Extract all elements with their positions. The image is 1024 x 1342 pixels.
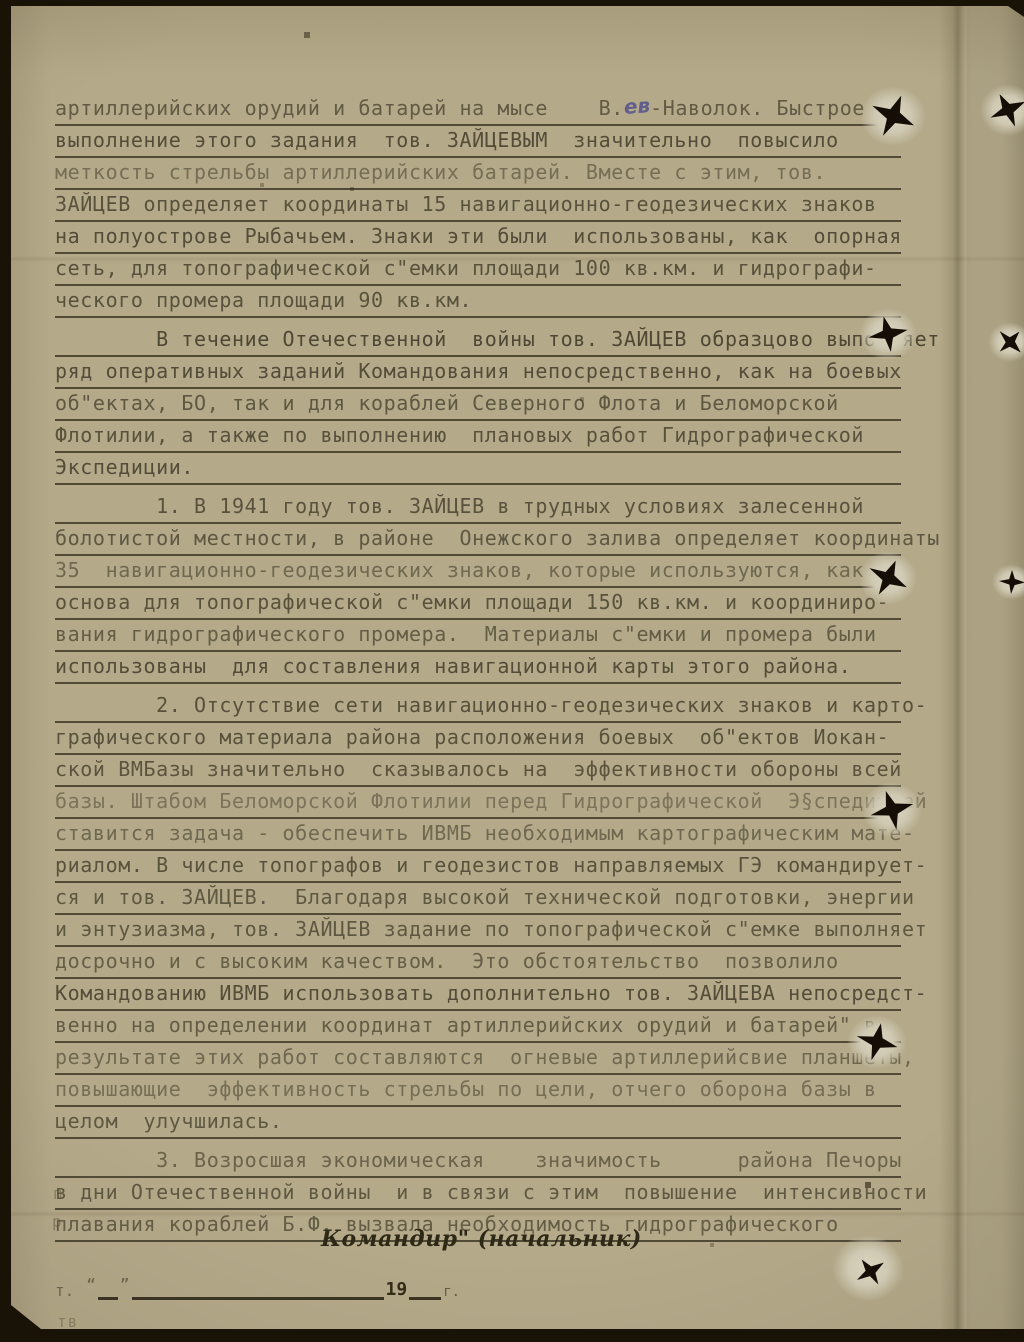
signature-title: Командир" (начальник) [321,1226,642,1252]
document-line: Экспедиции. [55,453,901,485]
document-line: использованы для составления навигационн… [55,652,901,684]
document-line: и энтузиазма, тов. ЗАЙЦЕВ задание по топ… [55,915,901,947]
document-line: ставится задача - обеспечить ИВМБ необхо… [55,819,901,851]
document-line: артиллерийских орудий и батарей на мысе … [55,94,901,126]
document-line: базы. Штабом Беломорской Флотилии перед … [55,787,901,819]
margin-mark: тв [57,1312,78,1331]
year-prefix: 19 [386,1279,408,1300]
date-form-prefix: т. [55,1281,74,1300]
paper-specks [11,6,13,8]
document-line: 1. В 1941 году тов. ЗАЙЦЕВ в трудных усл… [55,492,901,524]
document-line: в дни Отечественной войны и в связи с эт… [55,1178,901,1210]
document-line: ЗАЙЦЕВ определяет координаты 15 навигаци… [55,190,901,222]
document-line: 2. Отсутствие сети навигационно-геодезич… [55,691,901,723]
document-line: досрочно и с высоким качеством. Это обст… [55,947,901,979]
document-line: результате этих работ составляются огнев… [55,1043,901,1075]
document-line: ряд оперативных заданий Командования неп… [55,357,901,389]
document-line: выполнение этого задания тов. ЗАЙЦЕВЫМ з… [55,126,901,158]
document-line: ческого промера площади 90 кв.км. [55,286,901,318]
open-quote: “ [86,1275,96,1294]
document-line: целом улучшилась. [55,1107,901,1139]
document-line: повышающие эффективность стрельбы по цел… [55,1075,901,1107]
document-line: ской ВМБазы значительно сказывалось на э… [55,755,901,787]
close-quote: ” [120,1275,130,1294]
document-line: болотистой местности, в районе Онежского… [55,524,901,556]
document-line: ся и тов. ЗАЙЦЕВ. Благодаря высокой техн… [55,883,901,915]
date-form-line: т. “ ” 19 г. [55,1274,460,1300]
document-line: В течение Отечественной войны тов. ЗАЙЦЕ… [55,325,901,357]
blank-line-year [409,1297,441,1300]
document-line: 35 навигационно-геодезических знаков, ко… [55,556,901,588]
document-line: сеть, для топографической с"емки площади… [55,254,901,286]
document-line: риалом. В числе топографов и геодезистов… [55,851,901,883]
margin-mark: п [53,1184,64,1203]
document-line: меткость стрельбы артиллерийских батарей… [55,158,901,190]
document-lines: артиллерийских орудий и батарей на мысе … [55,94,901,1242]
blank-line-short [98,1297,118,1300]
document-line: Флотилии, а также по выполнению плановых… [55,421,901,453]
scanned-document-page: { "document": { "kind": "typewritten arc… [0,0,1024,1342]
margin-mark: р [52,1212,63,1231]
underlying-page-edge [967,6,1024,1329]
document-line: графического материала района расположен… [55,723,901,755]
document-line: основа для топографической с"емки площад… [55,588,901,620]
document-line: 3. Возросшая экономическая значимость ра… [55,1146,901,1178]
document-line: об"ектах, БО, так и для кораблей Северно… [55,389,901,421]
document-line: Командованию ИВМБ использовать дополните… [55,979,901,1011]
document-line: венно на определении координат артиллери… [55,1011,901,1043]
document-line: на полуострове Рыбачьем. Знаки эти были … [55,222,901,254]
blank-line-long [132,1297,384,1300]
document-line: вания гидрографического промера. Материа… [55,620,901,652]
year-suffix: г. [443,1284,460,1300]
handwritten-ink: ев [623,91,651,122]
paper-sheet: артиллерийских орудий и батарей на мысе … [11,6,1024,1329]
